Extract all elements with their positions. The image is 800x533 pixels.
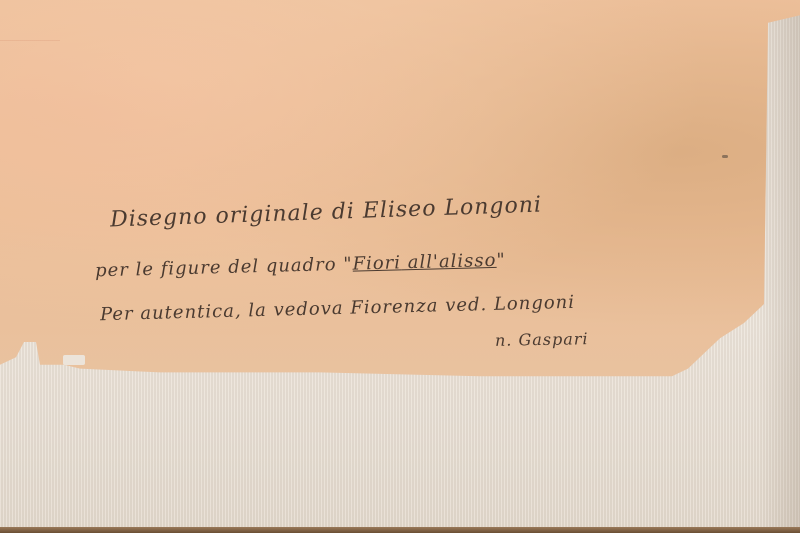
painting-title-part-2: all'alisso — [401, 250, 497, 273]
painting-title-part-1: Fiori — [352, 252, 401, 274]
ink-speck — [722, 155, 728, 158]
wooden-frame-edge — [0, 527, 800, 533]
inscription-signature: n. Gaspari — [495, 329, 589, 350]
paper-tear-hole — [63, 355, 85, 365]
inscription-line-2-suffix: " — [496, 250, 506, 271]
